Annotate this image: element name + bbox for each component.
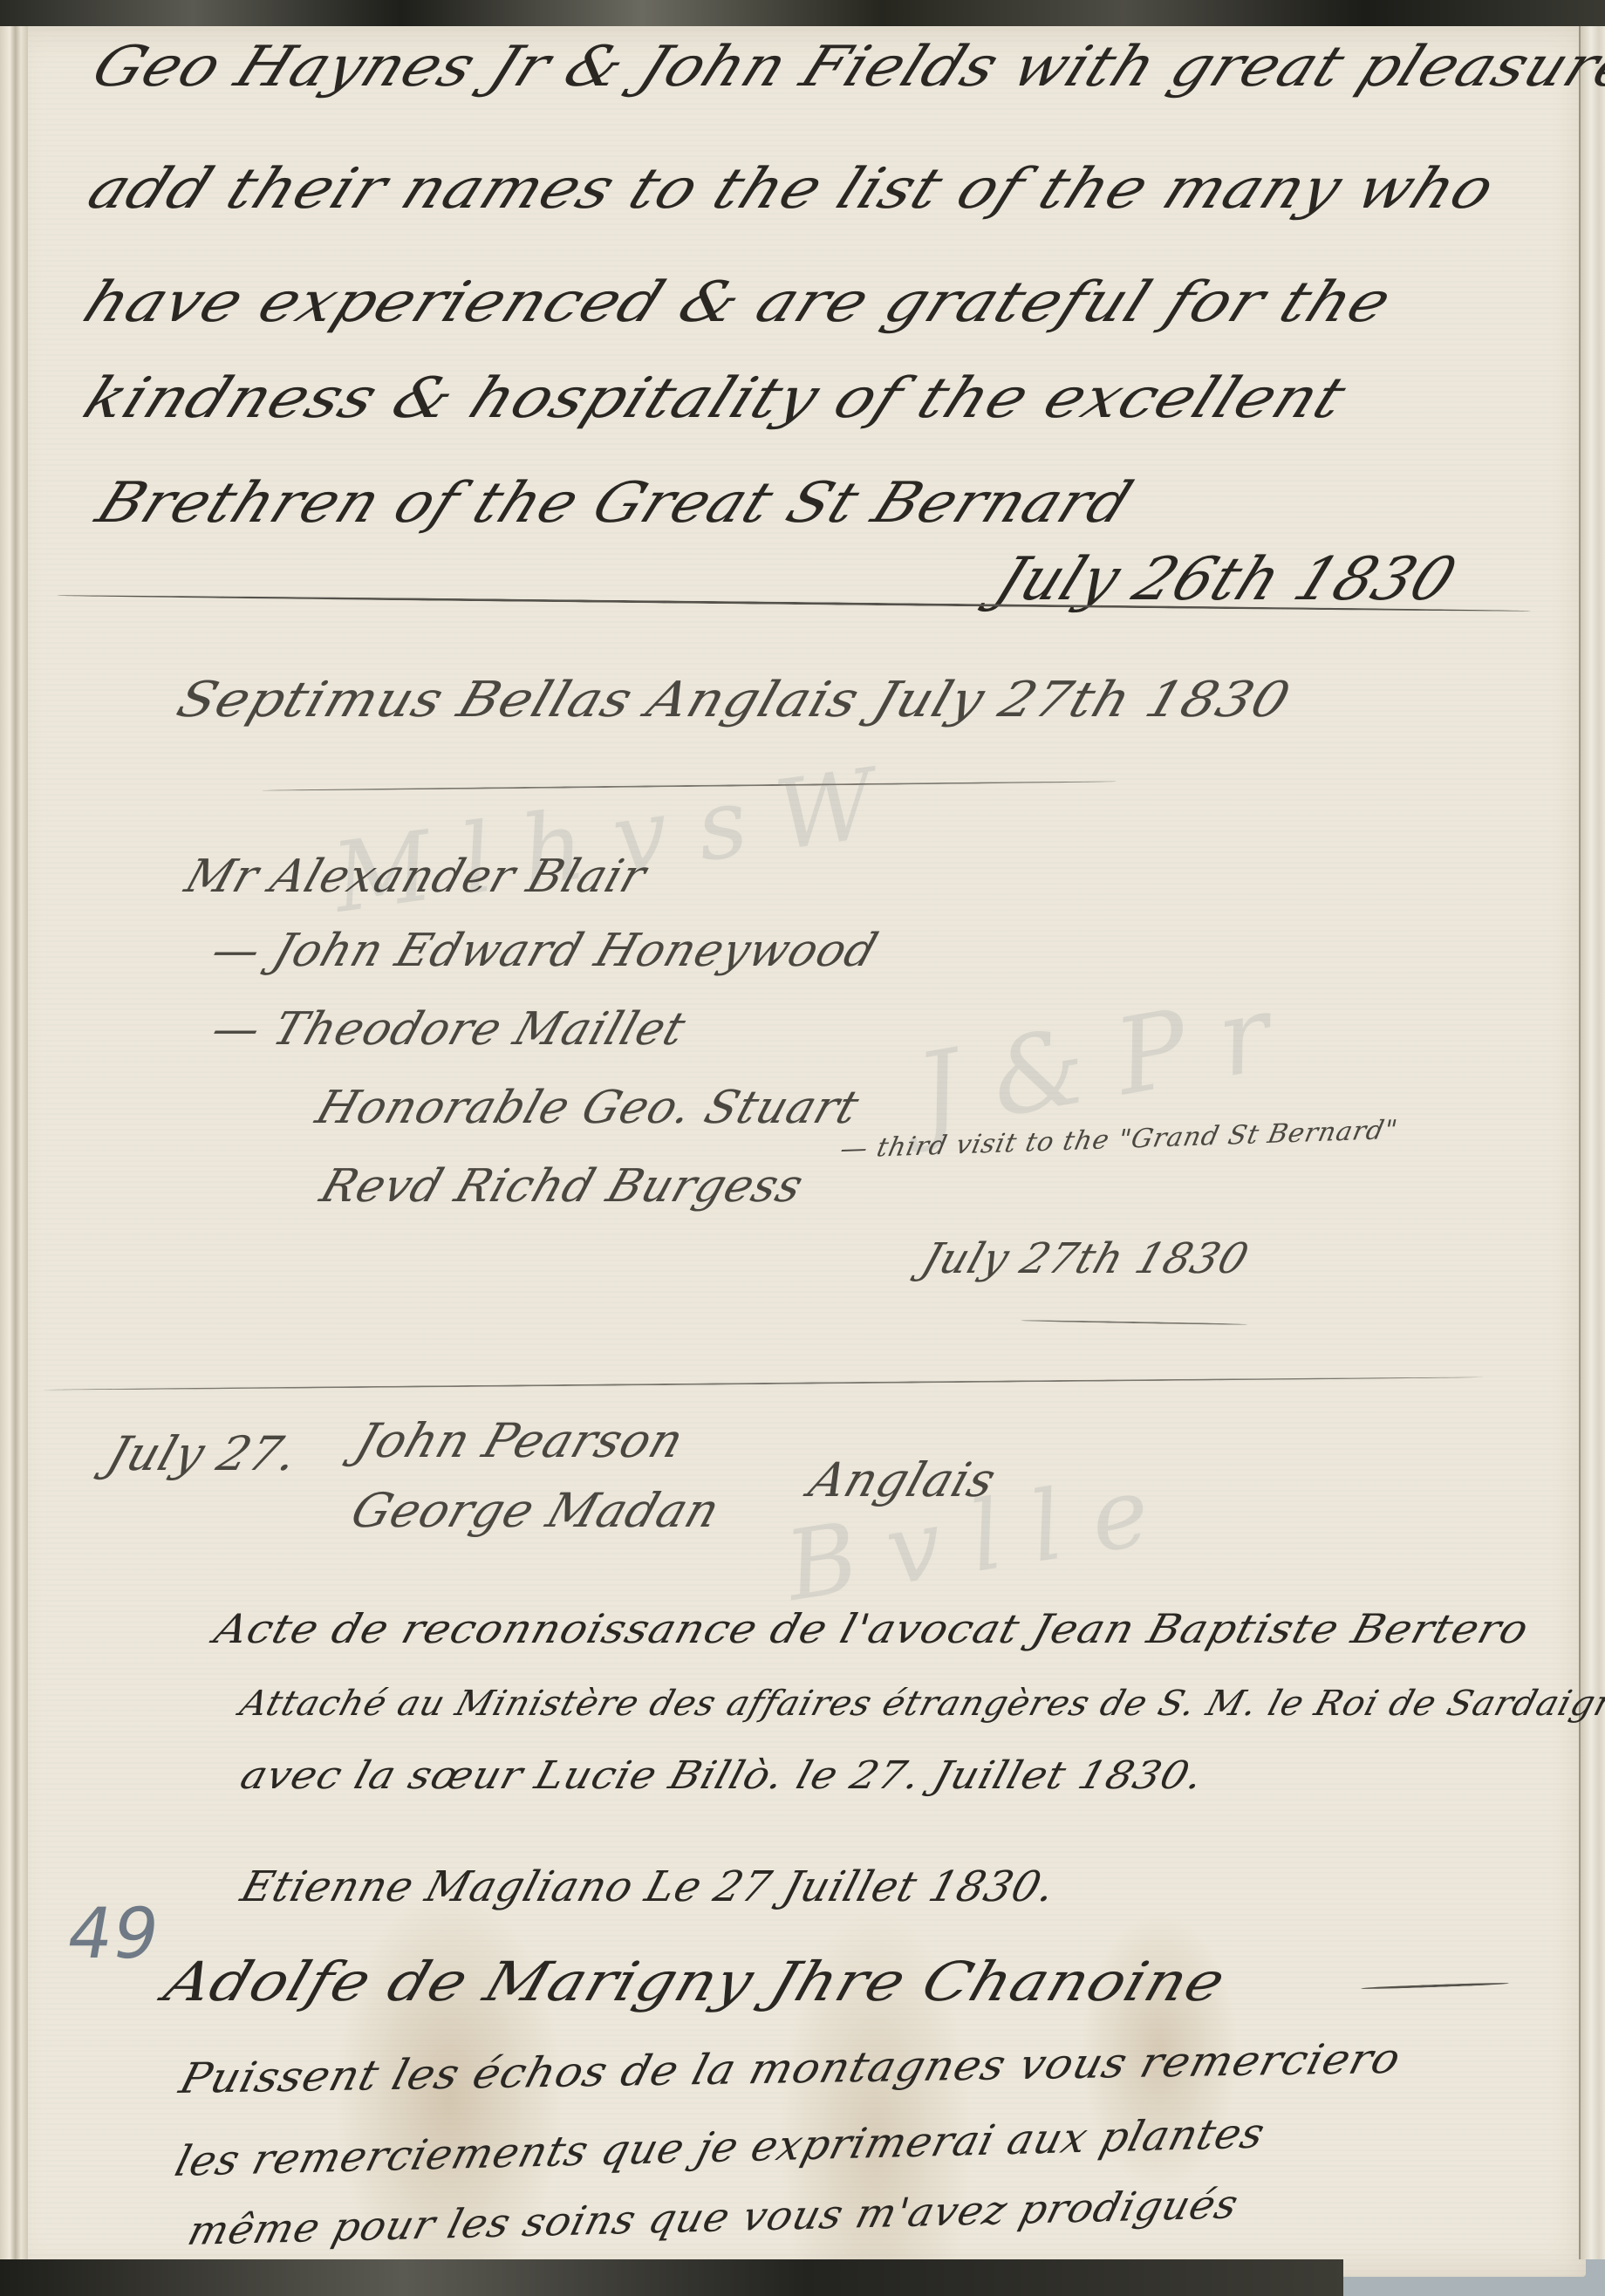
- page-number: 49: [61, 1893, 166, 1974]
- entry-line: kindness & hospitality of the excellent: [74, 366, 1356, 431]
- entry-name: Honorable Geo. Stuart: [310, 1082, 866, 1134]
- entry-date: July 27th 1830: [916, 1234, 1255, 1283]
- entry-nationality: Anglais: [802, 1452, 1003, 1507]
- entry-heading: Adolfe de Marigny Jhre Chanoine: [157, 1950, 1234, 2013]
- manuscript-page: [7, 26, 1586, 2277]
- entry-name: — Theodore Maillet: [205, 1003, 693, 1056]
- entry-line: add their names to the list of the many …: [79, 157, 1505, 222]
- entry-date: July 27.: [100, 1426, 306, 1481]
- entry-date: July 26th 1830: [986, 545, 1466, 614]
- entry-line: Septimus Bellas Anglais July 27th 1830: [170, 672, 1297, 728]
- entry-name: — John Edward Honeywood: [205, 925, 884, 977]
- book-cover-bottom-edge: [0, 2259, 1343, 2296]
- book-binding-left: [0, 26, 28, 2277]
- entry-name: John Pearson: [349, 1413, 691, 1468]
- entry-line: Geo Haynes Jr & John Fields with great p…: [83, 35, 1605, 99]
- entry-line: avec la sœur Lucie Billò. le 27. Juillet…: [236, 1753, 1209, 1798]
- entry-name: George Madan: [345, 1483, 727, 1538]
- entry-line: Attaché au Ministère des affaires étrang…: [236, 1684, 1605, 1724]
- entry-line: Etienne Magliano Le 27 Juillet 1830.: [236, 1862, 1062, 1911]
- entry-line: Brethren of the Great St Bernard: [87, 471, 1142, 536]
- entry-line: Acte de reconnoissance de l'avocat Jean …: [209, 1605, 1534, 1652]
- entry-line: have experienced & are grateful for the: [74, 270, 1402, 335]
- entry-name: Revd Richd Burgess: [314, 1160, 810, 1213]
- page-stack-right-edge: [1579, 26, 1605, 2259]
- entry-name: Mr Alexander Blair: [179, 851, 653, 903]
